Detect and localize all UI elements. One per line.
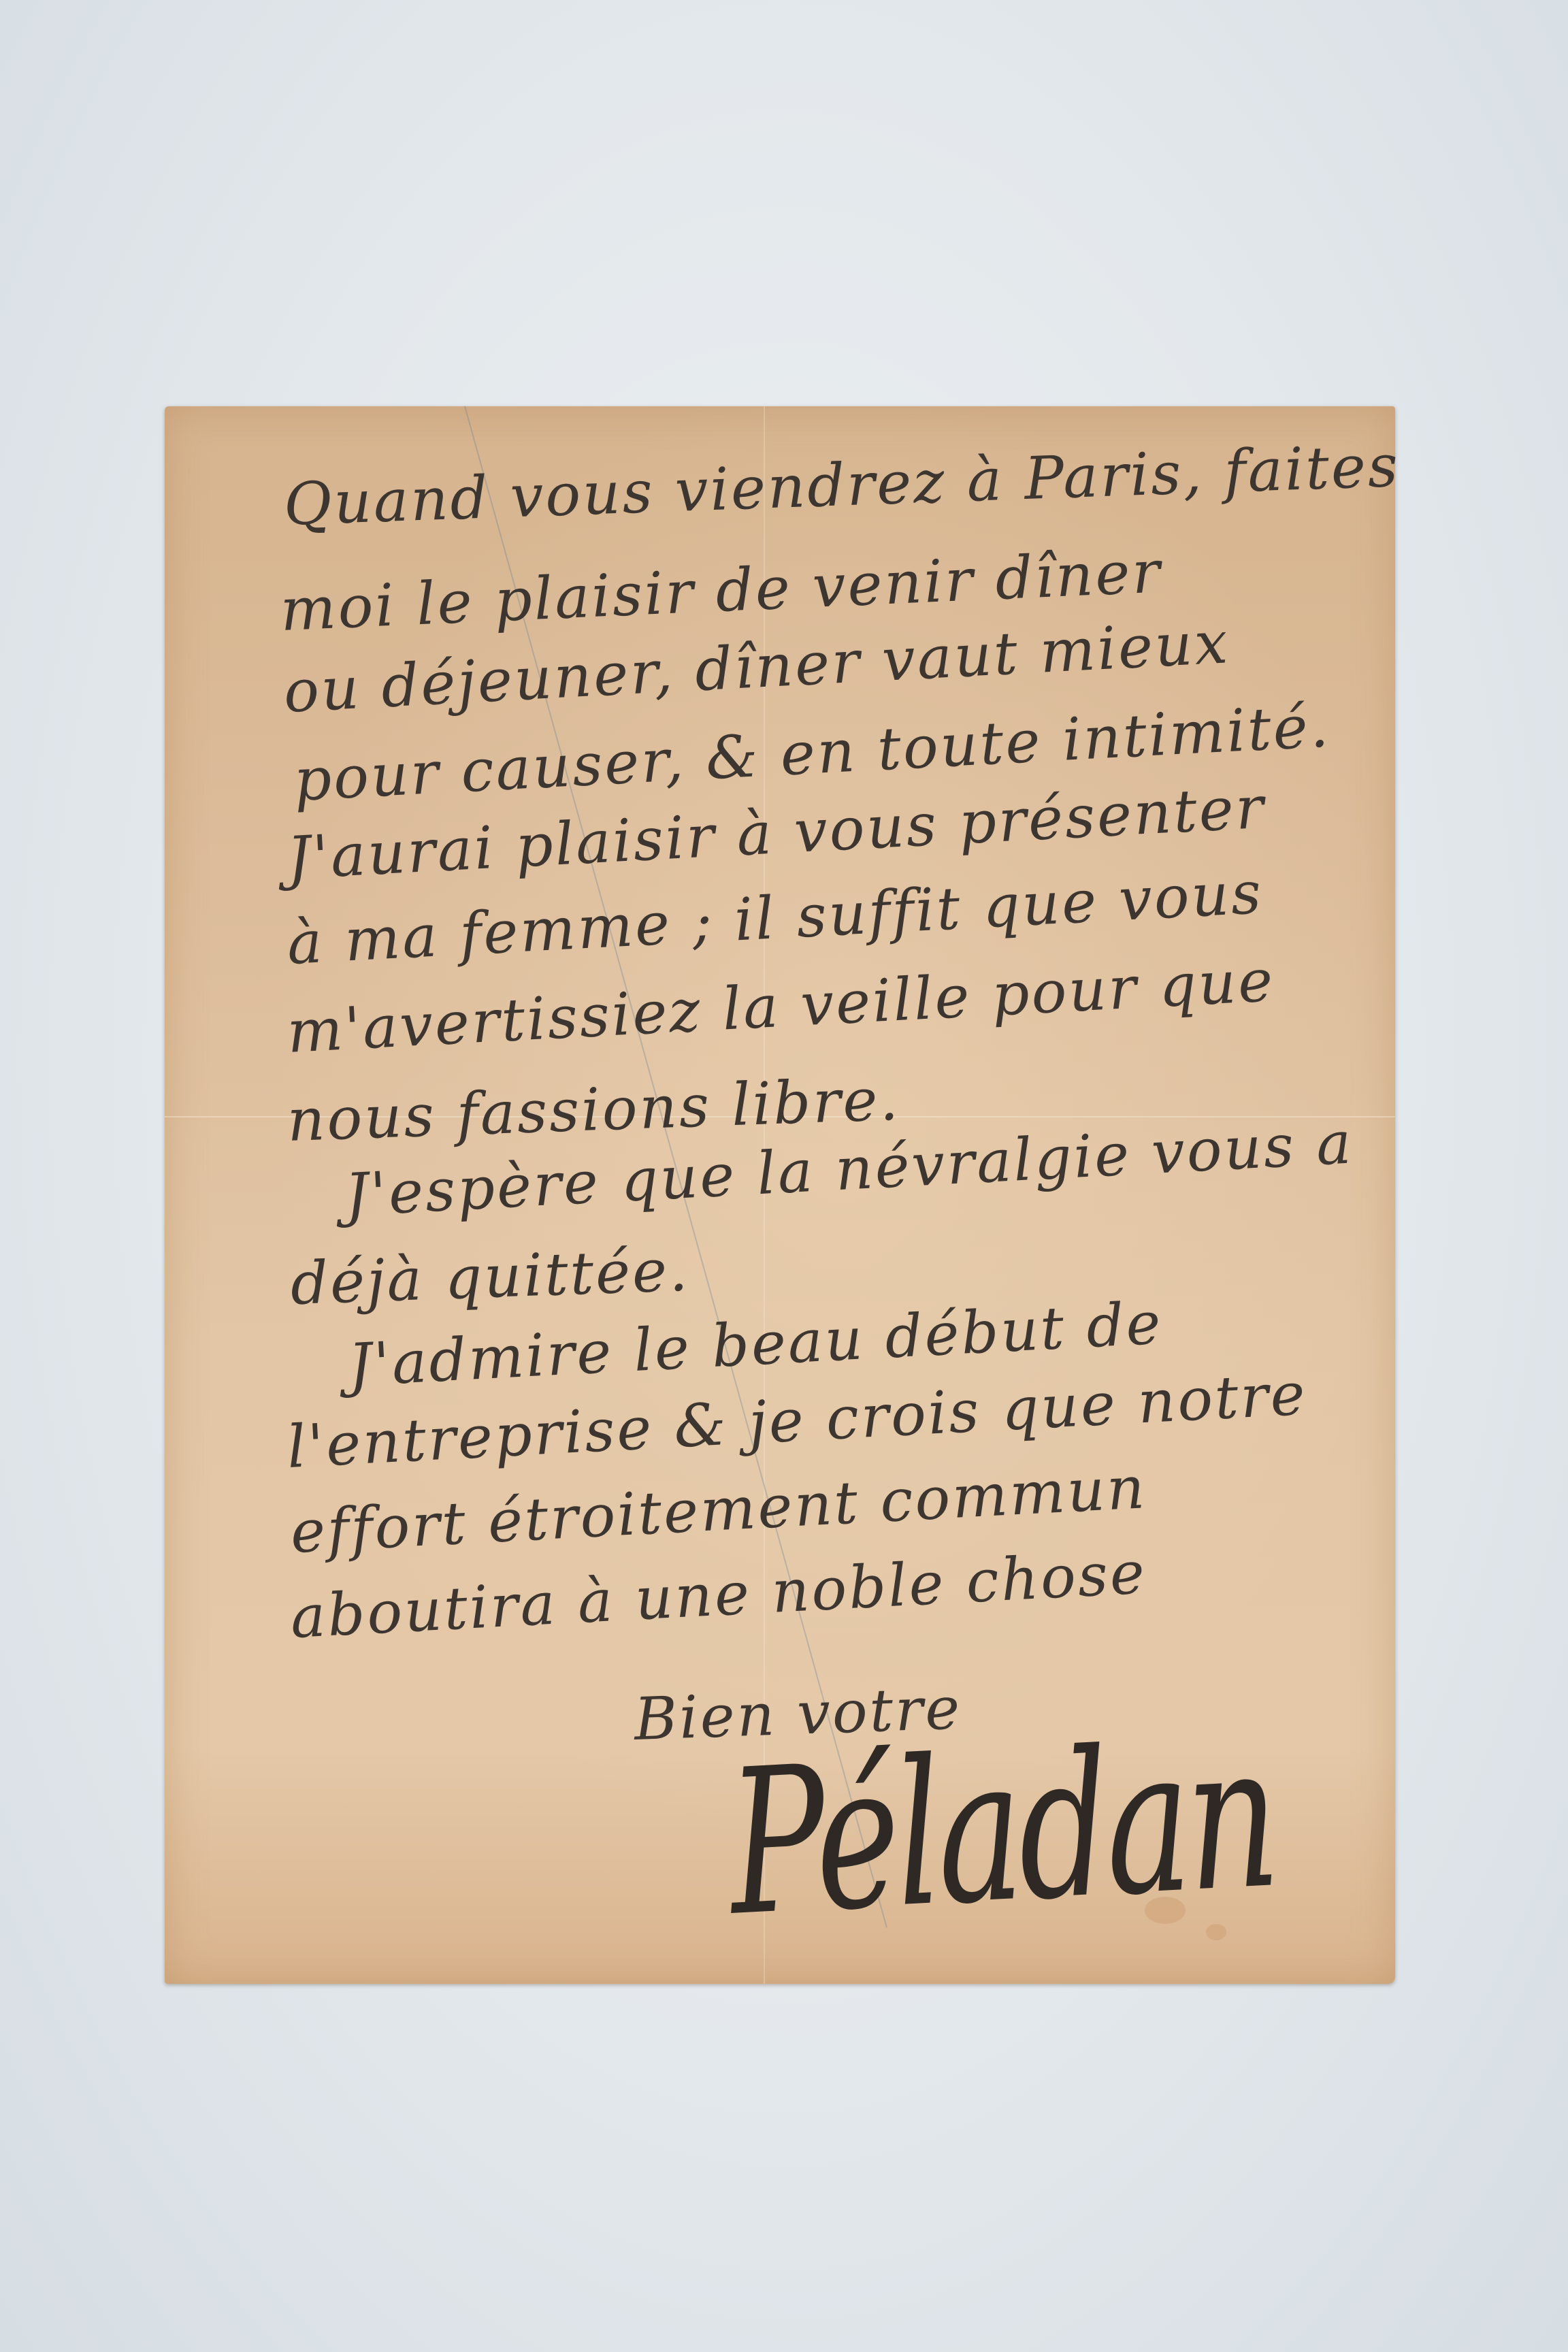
signature: Péladan — [723, 1699, 1280, 1960]
letter-line: Quand vous viendrez à Paris, faites — [282, 432, 1401, 539]
letter-line: déjà quittée. — [289, 1237, 691, 1318]
letter-paper: Quand vous viendrez à Paris, faites moi … — [165, 406, 1395, 1984]
